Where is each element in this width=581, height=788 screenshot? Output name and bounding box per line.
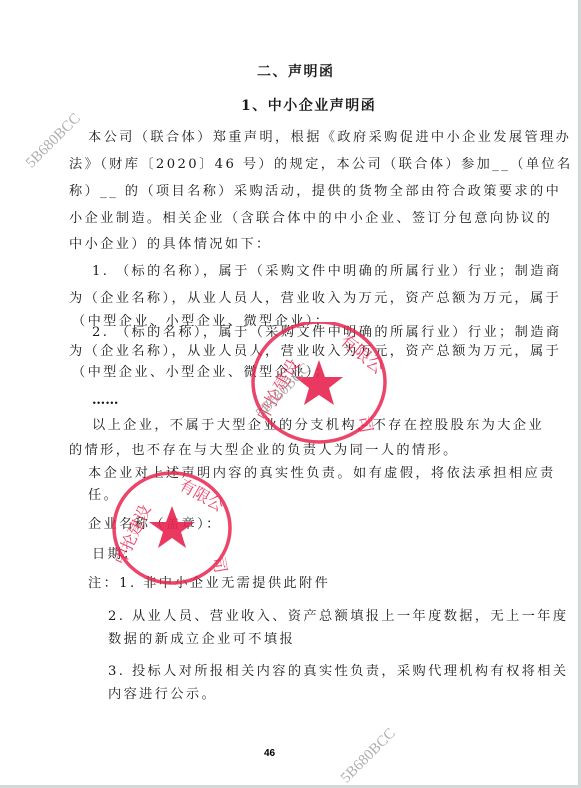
- section-title: 二、声明函: [257, 64, 335, 80]
- paragraph1-line: 小企业制造。相关企业（含联合体中的中小企业、签订分包意向协议的: [69, 211, 552, 227]
- svg-text:司: 司: [353, 414, 376, 434]
- paragraph1-line: 本公司（联合体）郑重声明，根据《政府采购促进中小企业发展管理办: [88, 130, 571, 146]
- note-line: 2. 从业人员、营业收入、资产总额填报上一年度数据，无上一年度: [108, 609, 568, 625]
- item1-line: 1. （标的名称），属于（采购文件中明确的所属行业）行业；制造商: [92, 264, 561, 280]
- page-number: 46: [264, 748, 275, 759]
- note-line: 3. 投标人对所报相关内容的真实性负责，采购代理机构有权将相关: [108, 664, 568, 680]
- svg-text:司: 司: [209, 555, 230, 574]
- document-page: 二、声明函 1、中小企业声明函 本公司（联合体）郑重声明，根据《政府采购促进中小…: [0, 0, 578, 785]
- watermark: 5B680BCC: [338, 725, 400, 787]
- paragraph1-line: 称）__ 的（项目名称）采购活动，提供的货物全部由符合政策要求的中: [69, 184, 561, 200]
- paragraph1-line: 法》（财库〔2020〕46 号）的规定，本公司（联合体）参加__（单位名: [69, 157, 573, 173]
- company-seal-stamp: 中抡建设 有限公 司: [108, 470, 238, 588]
- page-title: 1、中小企业声明函: [241, 98, 376, 114]
- paragraph1-line: 中小企业）的具体情况如下：: [69, 237, 272, 253]
- note-line: 数据的新成立企业可不填报: [108, 632, 295, 648]
- company-seal-stamp: 中抡建设 有限公 司: [244, 322, 394, 447]
- note-line: 内容进行公示。: [108, 687, 217, 703]
- ellipsis: ……: [92, 393, 118, 409]
- item1-line: 为（企业名称），从业人员人，营业收入为万元，资产总额为万元，属于: [69, 291, 561, 307]
